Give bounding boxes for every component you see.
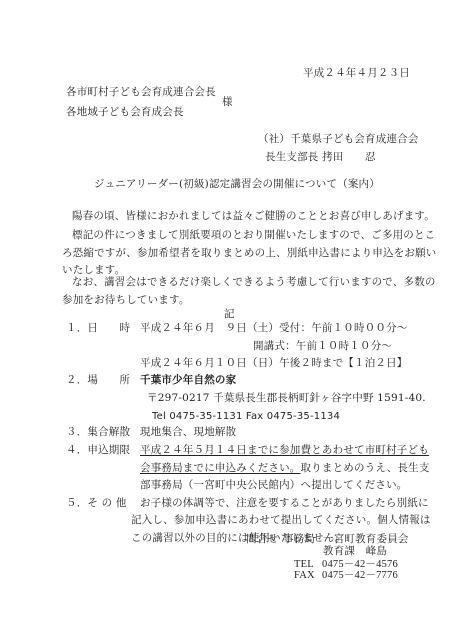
item-other-line-1: お子様の体調等で、注意を要することがありましたら別紙に — [140, 497, 429, 510]
honorific: 様 — [222, 96, 233, 109]
item-date-line-2: 開講式：午前１０時１０分～ — [253, 340, 392, 353]
contact-department: 教育課 峰島 — [323, 545, 387, 558]
item-deadline-line-3: 部事務局（一宮町中央公民館内）へ提出してください。 — [140, 479, 408, 492]
sender-name: 長生支部長 拷田 忍 — [265, 151, 376, 164]
item-date-label: １．日 時 — [66, 322, 130, 335]
item-date-line-1: 平成２４年６月 ９日（土）受付：午前１０時００分～ — [140, 322, 408, 335]
item-date-line-3: 平成２４年６月１０日（日）午後２時まで【１泊２日】 — [140, 357, 408, 370]
body-paragraph-1: 陽春の頃、皆様におかれましては益々ご健勝のこととお喜び申しあげます。 — [72, 210, 435, 223]
item-gather-label: ３．集合解散 — [66, 426, 130, 439]
ki-heading: 記 — [224, 308, 235, 321]
contact-fax-label: FAX — [294, 569, 315, 582]
body-paragraph-3-line-1: なお、講習会はできるだけ楽しくできるよう考慮して行いますので、多数の — [72, 276, 436, 289]
item-place-label: ２．場 所 — [66, 374, 130, 387]
item-place-name: 千葉市少年自然の家 — [140, 374, 236, 387]
document-date: 平成２４年４月２３日 — [303, 67, 410, 80]
item-gather-value: 現地集合、現地解散 — [140, 426, 236, 439]
body-paragraph-3-line-2: 参加をお待ちしています。 — [62, 294, 190, 307]
body-paragraph-2-line-2: ろ恐縮ですが、参加希望者を取りまとめの上、別紙申込書により申込をお願い — [62, 247, 437, 260]
contact-office: 事務局 — [283, 533, 315, 546]
contact-label: 問合せ — [246, 533, 278, 546]
item-place-address: 〒297-0217 千葉県長生郡長柄町針ヶ谷字中野 1591-40. — [147, 392, 426, 405]
item-deadline-line-2-rest: 取りまとめのうえ、長生支 — [301, 462, 430, 474]
item-place-tel-fax: Tel 0475-35-1131 Fax 0475-35-1134 — [152, 410, 340, 423]
item-deadline-label: ４．申込期限 — [66, 444, 130, 457]
item-other-line-2: 記入し、参加申込書にあわせて提出してください。個人情報は — [131, 514, 431, 527]
recipient-2: 各地域子ども会育成会長 — [66, 106, 184, 119]
sender-organization: （社）千葉県子ども会育成連合会 — [258, 133, 419, 146]
item-other-label: ５．そ の 他 — [66, 497, 127, 510]
recipient-1: 各市町村子ども会育成連合会長 — [66, 86, 216, 99]
item-deadline-line-2: 会事務局までに申込みください。取りまとめのうえ、長生支 — [140, 462, 430, 475]
document-title: ジュニアリーダー(初級)認定講習会の開催について（案内） — [94, 178, 380, 191]
contact-fax: 0475－42－7776 — [322, 569, 398, 582]
item-deadline-line-1: 平成２４年５月１４日までに参加費とあわせて市町村子ども — [140, 444, 429, 457]
item-deadline-line-2-underlined: 会事務局までに申込みください。 — [140, 462, 301, 474]
body-paragraph-2-line-1: 標記の件につきまして別紙要項のとおり開催いたしますので、ご多用のとこ — [72, 229, 435, 242]
